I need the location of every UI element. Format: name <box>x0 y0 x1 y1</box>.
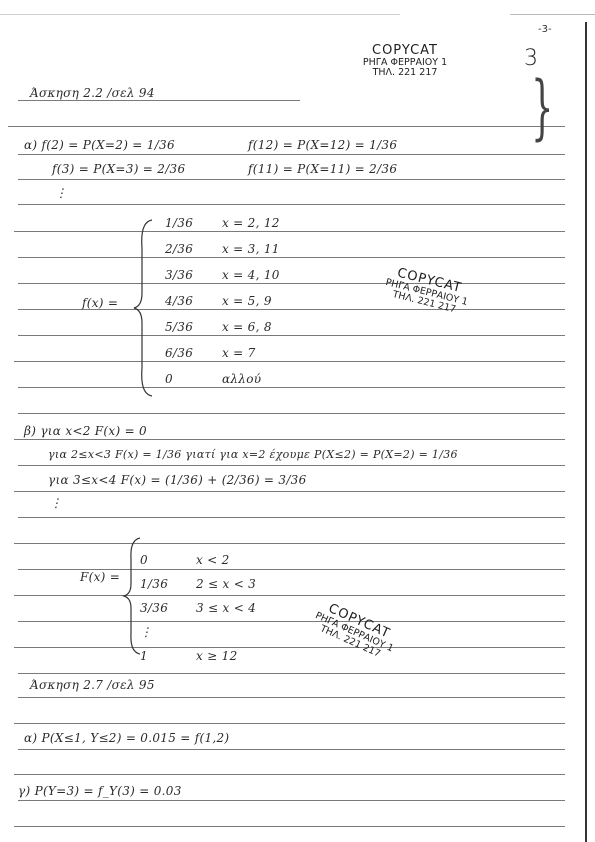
ruled-line <box>18 413 565 414</box>
case-value: 3/36 <box>140 601 168 615</box>
ruled-line <box>18 517 565 518</box>
stamp-phone: ΤΗΛ. 221 217 <box>350 68 460 78</box>
case-value: 1/36 <box>140 577 168 591</box>
exercise2-part-c: γ) P(Y=3) = f_Y(3) = 0.03 <box>18 784 182 798</box>
ruled-line <box>18 621 565 622</box>
cdf-label: F(x) = <box>80 570 120 584</box>
page-number: -3- <box>538 24 552 35</box>
case-value: 1 <box>140 649 148 663</box>
exercise-title: Άσκηση 2.7 /σελ 95 <box>30 678 155 692</box>
case-value: 0 <box>140 553 148 567</box>
part-b-line3: για 3≤x<4 F(x) = (1/36) + (2/36) = 3/36 <box>48 473 307 487</box>
ruled-line <box>14 774 565 775</box>
ruled-line <box>14 231 565 232</box>
case-value: 4/36 <box>165 294 193 308</box>
ruled-line <box>14 723 565 724</box>
ruled-line <box>14 826 565 827</box>
copycat-stamp: COPYCAT ΡΗΓΑ ΦΕΡΡΑΙΟΥ 1 ΤΗΛ. 221 217 <box>370 261 485 320</box>
ruled-line <box>18 749 565 750</box>
part-b-line2: για 2≤x<3 F(x) = 1/36 γιατί για x=2 έχου… <box>48 448 458 461</box>
ellipsis: ⋮ <box>50 496 62 510</box>
ruled-line <box>18 154 565 155</box>
pmf-brace <box>132 218 156 398</box>
ruled-line <box>18 179 565 180</box>
stamp-name: COPYCAT <box>350 44 460 58</box>
pmf-label: f(x) = <box>82 296 118 310</box>
ruled-line <box>14 439 565 440</box>
case-value: 6/36 <box>165 346 193 360</box>
ruled-line <box>18 257 565 258</box>
ruled-line <box>18 283 565 284</box>
ruled-line <box>18 100 300 101</box>
case-value: ⋮ <box>140 625 152 639</box>
copycat-stamp: COPYCAT ΡΗΓΑ ΦΕΡΡΑΙΟΥ 1 ΤΗΛ. 221 217 <box>350 44 460 78</box>
ruled-line <box>18 697 565 698</box>
ruled-line <box>18 387 565 388</box>
part-a-line1-right: f(12) = P(X=12) = 1/36 <box>248 138 397 152</box>
ruled-line <box>18 800 565 801</box>
case-value: 2/36 <box>165 242 193 256</box>
case-condition: x < 2 <box>196 553 230 567</box>
case-value: 5/36 <box>165 320 193 334</box>
case-condition: 3 ≤ x < 4 <box>196 601 256 615</box>
ruled-line <box>18 204 565 205</box>
copycat-stamp: COPYCAT ΡΗΓΑ ΦΕΡΡΑΙΟΥ 1 ΤΗΛ. 221 217 <box>298 593 412 668</box>
case-condition: αλλού <box>222 372 261 386</box>
ruled-line <box>14 543 565 544</box>
case-value: 1/36 <box>165 216 193 230</box>
ruled-line <box>18 335 565 336</box>
exercise-title: Άσκηση 2.2 /σελ 94 <box>30 86 155 100</box>
case-condition: x = 4, 10 <box>222 268 280 282</box>
ruled-line <box>14 595 565 596</box>
case-condition: 2 ≤ x < 3 <box>196 577 256 591</box>
exercise2-part-a: α) P(X≤1, Y≤2) = 0.015 = f(1,2) <box>24 731 229 745</box>
case-condition: x ≥ 12 <box>196 649 238 663</box>
case-value: 0 <box>165 372 173 386</box>
part-b-line1: β) για x<2 F(x) = 0 <box>24 424 147 438</box>
page-binding-edge <box>585 22 587 842</box>
margin-brace: } <box>531 66 553 148</box>
ruled-line <box>14 491 565 492</box>
case-condition: x = 7 <box>222 346 256 360</box>
scan-edge-line <box>510 14 595 15</box>
ruled-line <box>14 647 565 648</box>
case-value: 3/36 <box>165 268 193 282</box>
ruled-line <box>8 126 565 127</box>
ruled-line <box>18 673 565 674</box>
ruled-line <box>18 465 565 466</box>
case-condition: x = 2, 12 <box>222 216 280 230</box>
scan-edge-line <box>0 14 400 15</box>
part-a-line1-left: α) f(2) = P(X=2) = 1/36 <box>24 138 175 152</box>
case-condition: x = 6, 8 <box>222 320 272 334</box>
part-a-line2-right: f(11) = P(X=11) = 2/36 <box>248 162 397 176</box>
case-condition: x = 3, 11 <box>222 242 280 256</box>
case-condition: x = 5, 9 <box>222 294 272 308</box>
ruled-line <box>14 361 565 362</box>
part-a-line2-left: f(3) = P(X=3) = 2/36 <box>52 162 185 176</box>
ellipsis: ⋮ <box>55 186 67 200</box>
